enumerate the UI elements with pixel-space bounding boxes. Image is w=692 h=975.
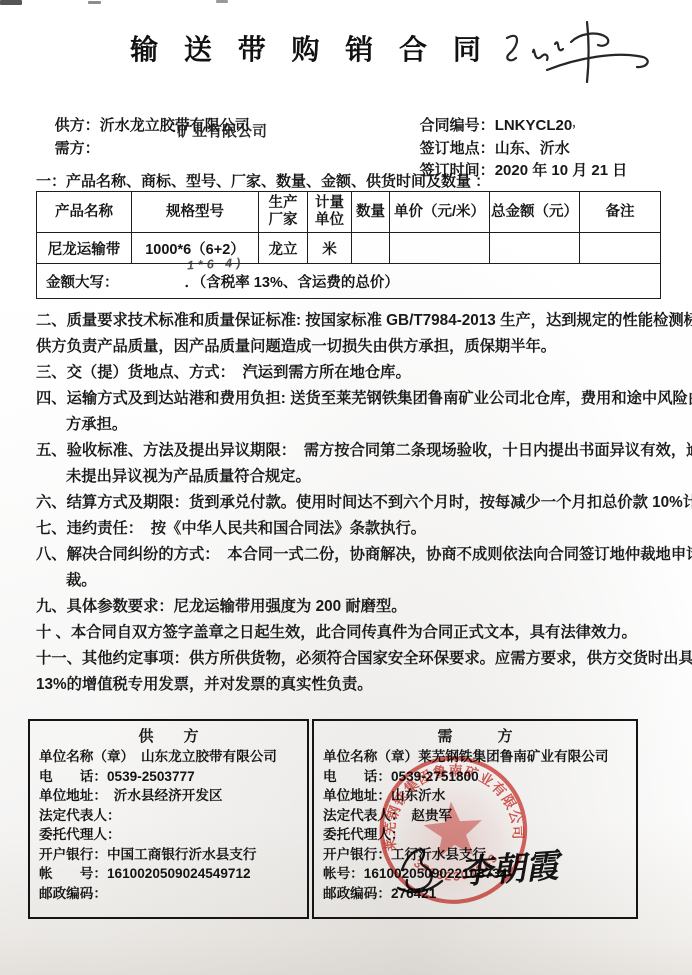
product-table-cell: 尼龙运输带 [37, 233, 132, 264]
clause-line: 未提出异议视为产品质量符合规定。 [36, 464, 664, 490]
party-detail-line: 开户银行：中国工商银行沂水县支行 [39, 845, 298, 865]
clause-line: 三、交（提）货地点、方式： 汽运到需方所在地仓库。 [36, 360, 664, 386]
party-detail-line: 电 话：0539-2503777 [39, 767, 298, 787]
amount-handwriting: 1*6 4) [187, 256, 245, 273]
party-detail-line: 委托代理人： [39, 825, 298, 845]
clause-line: 四、运输方式及到达站港和费用负担: 送货至莱芜钢铁集团鲁南矿业公司北仓库，费用和… [36, 386, 664, 412]
product-table-cell: 龙立 [259, 233, 308, 264]
product-table-header-cell: 生产 厂家 [259, 192, 308, 233]
party-detail-line: 邮政编码： [39, 884, 298, 904]
amount-note: ．（含税率 13%、含运费的总价） [185, 275, 399, 291]
product-table-cell [580, 233, 661, 264]
supplier-box-lines: 单位名称（章） 山东龙立胶带有限公司电 话：0539-2503777单位地址： … [39, 747, 298, 903]
party-detail-line: 法定代表人： [39, 806, 298, 826]
party-detail-line: 单位地址： 沂水县经济开发区 [39, 786, 298, 806]
product-table-header-cell: 规格型号 [132, 192, 259, 233]
clause-line: 五、验收标准、方法及提出异议期限： 需方按合同第二条现场验收，十日内提出书面异议… [36, 438, 664, 464]
clause-line: 方承担。 [36, 412, 664, 438]
product-table-header-cell: 数量 [352, 192, 390, 233]
product-table: 产品名称规格型号生产 厂家计量 单位数量单价（元/米）总金额（元）备注 尼龙运输… [36, 191, 661, 299]
party-detail-line: 电 话：0539-2751800 [323, 767, 627, 787]
clause-line: 裁。 [36, 568, 664, 594]
product-table-row: 尼龙运输带1000*6（6+2）龙立米 [37, 233, 661, 264]
agent-signature: 李朝霞 [392, 836, 587, 898]
clause-line: 二、质量要求技术标准和质量保证标准: 按国家标准 GB/T7984-2013 生… [36, 308, 664, 334]
product-table-cell: 米 [308, 233, 352, 264]
amount-label: 金额大写： [46, 275, 119, 291]
clause-line: 供方负责产品质量，因产品质量问题造成一切损失由供方承担，质保期半年。 [36, 334, 664, 360]
clause-line: 九、具体参数要求：尼龙运输带用强度为 200 耐磨型。 [36, 594, 664, 620]
product-table-cell [390, 233, 490, 264]
handwritten-signature [495, 16, 665, 88]
product-table-header-cell: 产品名称 [37, 192, 132, 233]
contract-page: 输 送 带 购 销 合 同 供方：沂水龙立胶带有限公司 需方： ·矿业有限公司 … [0, 0, 692, 975]
product-table-cell [352, 233, 390, 264]
clauses-section: 二、质量要求技术标准和质量保证标准: 按国家标准 GB/T7984-2013 生… [36, 308, 664, 698]
buyer-name-fragment: ·矿业有限公司 [172, 120, 267, 141]
clause-line: 十一、其他约定事项：供方所供货物，必须符合国家安全环保要求。应需方要求，供方交货… [36, 646, 664, 672]
party-detail-line: 法定代表人： 赵贵军 [323, 806, 627, 826]
clause-line: 十 、本合同自双方签字盖章之日起生效，此合同传真件为合同正式文本，具有法律效力。 [36, 620, 664, 646]
scan-artifact [88, 1, 101, 4]
party-detail-line: 帐 号：1610020509024549712 [39, 864, 298, 884]
sign-date-value: 2020 年 10 月 21 日 [495, 162, 628, 179]
party-detail-line: 单位名称（章）莱芜钢铁集团鲁南矿业有限公司 [323, 747, 627, 767]
amount-cell: 金额大写： 1*6 4) ．（含税率 13%、含运费的总价） [37, 264, 661, 299]
agent-signature-name: 李朝霞 [458, 846, 565, 890]
section-1-heading: 一：产品名称、商标、型号、厂家、数量、金额、供货时间及数量 ： [36, 170, 490, 191]
buyer-label: 需方： [55, 140, 100, 157]
contract-number-mark: ， [572, 117, 583, 129]
party-detail-line: 单位地址：山东沂水 [323, 786, 627, 806]
product-table-header-cell: 单价（元/米） [390, 192, 490, 233]
clause-line: 六、结算方式及期限：货到承兑付款。使用时间达不到六个月时，按每减少一个月扣总价款… [36, 490, 664, 516]
product-table-header-cell: 备注 [580, 192, 661, 233]
supplier-box-title: 供 方 [39, 726, 298, 747]
buyer-box-title: 需 方 [323, 726, 627, 747]
scan-artifact [216, 0, 228, 3]
party-detail-line: 单位名称（章） 山东龙立胶带有限公司 [39, 747, 298, 767]
product-table-header-cell: 计量 单位 [308, 192, 352, 233]
amount-row: 金额大写： 1*6 4) ．（含税率 13%、含运费的总价） [37, 264, 661, 299]
product-table-header-row: 产品名称规格型号生产 厂家计量 单位数量单价（元/米）总金额（元）备注 [37, 192, 661, 233]
clause-line: 13%的增值税专用发票，并对发票的真实性负责。 [36, 672, 664, 698]
clause-line: 八、解决合同纠纷的方式： 本合同一式二份，协商解决，协商不成则依法向合同签订地仲… [36, 542, 664, 568]
buyer-line: 需方： [38, 120, 100, 175]
supplier-box: 供 方 单位名称（章） 山东龙立胶带有限公司电 话：0539-2503777单位… [28, 719, 309, 919]
scan-artifact [0, 0, 22, 5]
product-table-header-cell: 总金额（元） [490, 192, 580, 233]
product-table-cell [490, 233, 580, 264]
clause-line: 七、违约责任： 按《中华人民共和国合同法》条款执行。 [36, 516, 664, 542]
